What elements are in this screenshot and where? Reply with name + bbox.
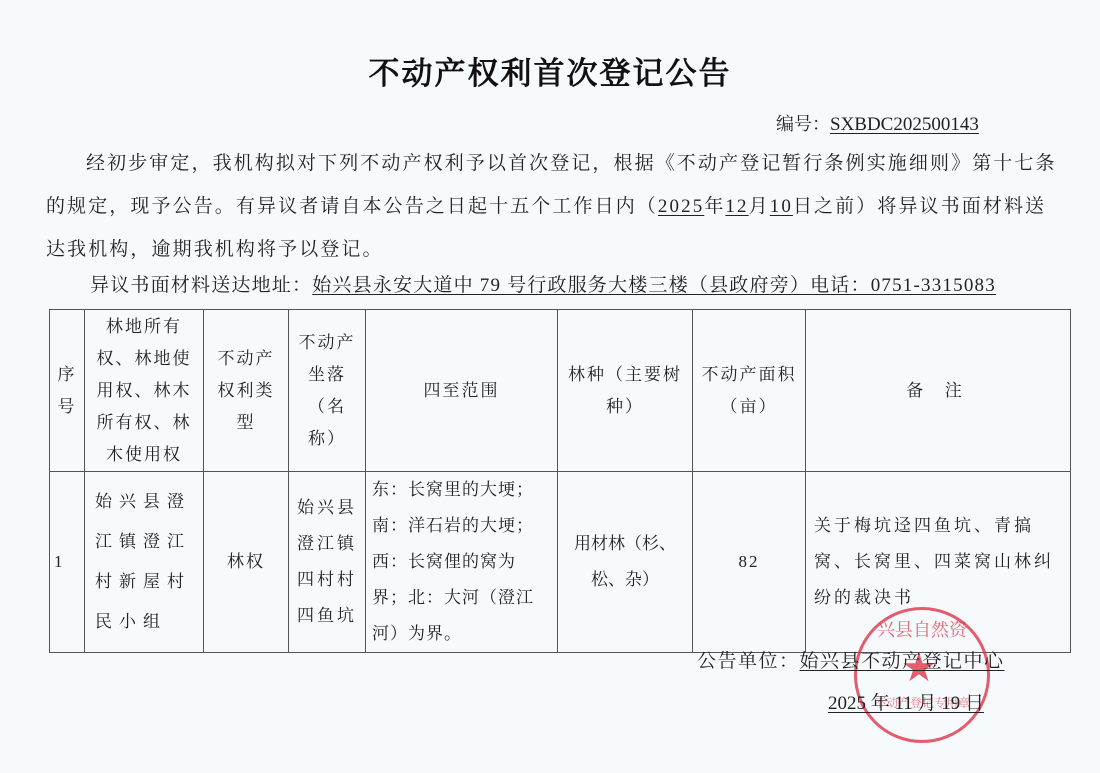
paragraph-line-3: 达我机构，逾期我机构将予以登记。 bbox=[46, 228, 1076, 271]
document-number: 编号：SXBDC202500143 bbox=[776, 110, 979, 136]
deadline-day: 10 bbox=[770, 196, 793, 217]
deadline-month: 12 bbox=[725, 196, 748, 217]
paragraph-line-2: 的规定，现予公告。有异议者请自本公告之日起十五个工作日内（2025年12月10日… bbox=[46, 185, 1076, 228]
cell-forest-type: 用材林（杉、松、杂） bbox=[558, 472, 693, 653]
document-number-value: SXBDC202500143 bbox=[830, 114, 979, 135]
notice-date: 2025 年 11 月 19 日 bbox=[828, 688, 984, 715]
cell-right-type: 林权 bbox=[204, 472, 289, 653]
seal-top-text: 兴县自然资 bbox=[857, 616, 987, 642]
notice-unit: 公告单位：始兴县不动产登记中心 bbox=[697, 646, 1005, 673]
paragraph-line-1: 经初步审定，我机构拟对下列不动产权利予以首次登记，根据《不动产登记暂行条例实施细… bbox=[46, 142, 1076, 185]
cell-index: 1 bbox=[50, 472, 85, 653]
header-area: 不动产面积（亩） bbox=[693, 310, 806, 472]
notice-unit-value: 始兴县不动产登记中心 bbox=[800, 650, 1005, 672]
header-boundaries: 四至范围 bbox=[366, 310, 558, 472]
paragraph-line-2-end: 日之前）将异议书面材料送 bbox=[793, 195, 1046, 217]
deadline-year: 2025 bbox=[658, 196, 704, 217]
header-forest-type: 林种（主要树种） bbox=[558, 310, 693, 472]
official-seal: 兴县自然资 ★ 不动产登记专用章 bbox=[854, 607, 990, 743]
address-value: 始兴县永安大道中 79 号行政服务大楼三楼（县政府旁）电话：0751-33150… bbox=[312, 275, 996, 296]
cell-owner: 始兴县澄江镇澄江村新屋村民小组 bbox=[85, 472, 204, 653]
header-forest-rights: 林地所有权、林地使用权、林木所有权、林木使用权 bbox=[85, 310, 204, 472]
notice-unit-label: 公告单位： bbox=[697, 650, 800, 672]
address-label: 异议书面材料送达地址： bbox=[90, 274, 312, 296]
document-number-label: 编号： bbox=[776, 114, 830, 135]
cell-location: 始兴县澄江镇四村村四鱼坑 bbox=[289, 472, 366, 653]
table-header-row: 序号 林地所有权、林地使用权、林木所有权、林木使用权 不动产权利类型 不动产坐落… bbox=[50, 310, 1071, 472]
registration-table: 序号 林地所有权、林地使用权、林木所有权、林木使用权 不动产权利类型 不动产坐落… bbox=[49, 309, 1071, 653]
month-unit: 月 bbox=[749, 195, 770, 217]
header-location: 不动产坐落（名称） bbox=[289, 310, 366, 472]
paragraph-line-2-text: 的规定，现予公告。有异议者请自本公告之日起十五个工作日内（ bbox=[46, 195, 658, 217]
header-index: 序号 bbox=[50, 310, 85, 472]
cell-area: 82 bbox=[693, 472, 806, 653]
header-remarks: 备 注 bbox=[806, 310, 1071, 472]
cell-boundaries: 东：长窝里的大埂；南：洋石岩的大埂；西：长窝俚的窝为界；北：大河（澄江河）为界。 bbox=[366, 472, 558, 653]
objection-address: 异议书面材料送达地址：始兴县永安大道中 79 号行政服务大楼三楼（县政府旁）电话… bbox=[90, 270, 996, 297]
page-title: 不动产权利首次登记公告 bbox=[0, 48, 1100, 93]
header-right-type: 不动产权利类型 bbox=[204, 310, 289, 472]
year-unit: 年 bbox=[704, 195, 725, 217]
notice-paragraph: 经初步审定，我机构拟对下列不动产权利予以首次登记，根据《不动产登记暂行条例实施细… bbox=[46, 142, 1076, 271]
